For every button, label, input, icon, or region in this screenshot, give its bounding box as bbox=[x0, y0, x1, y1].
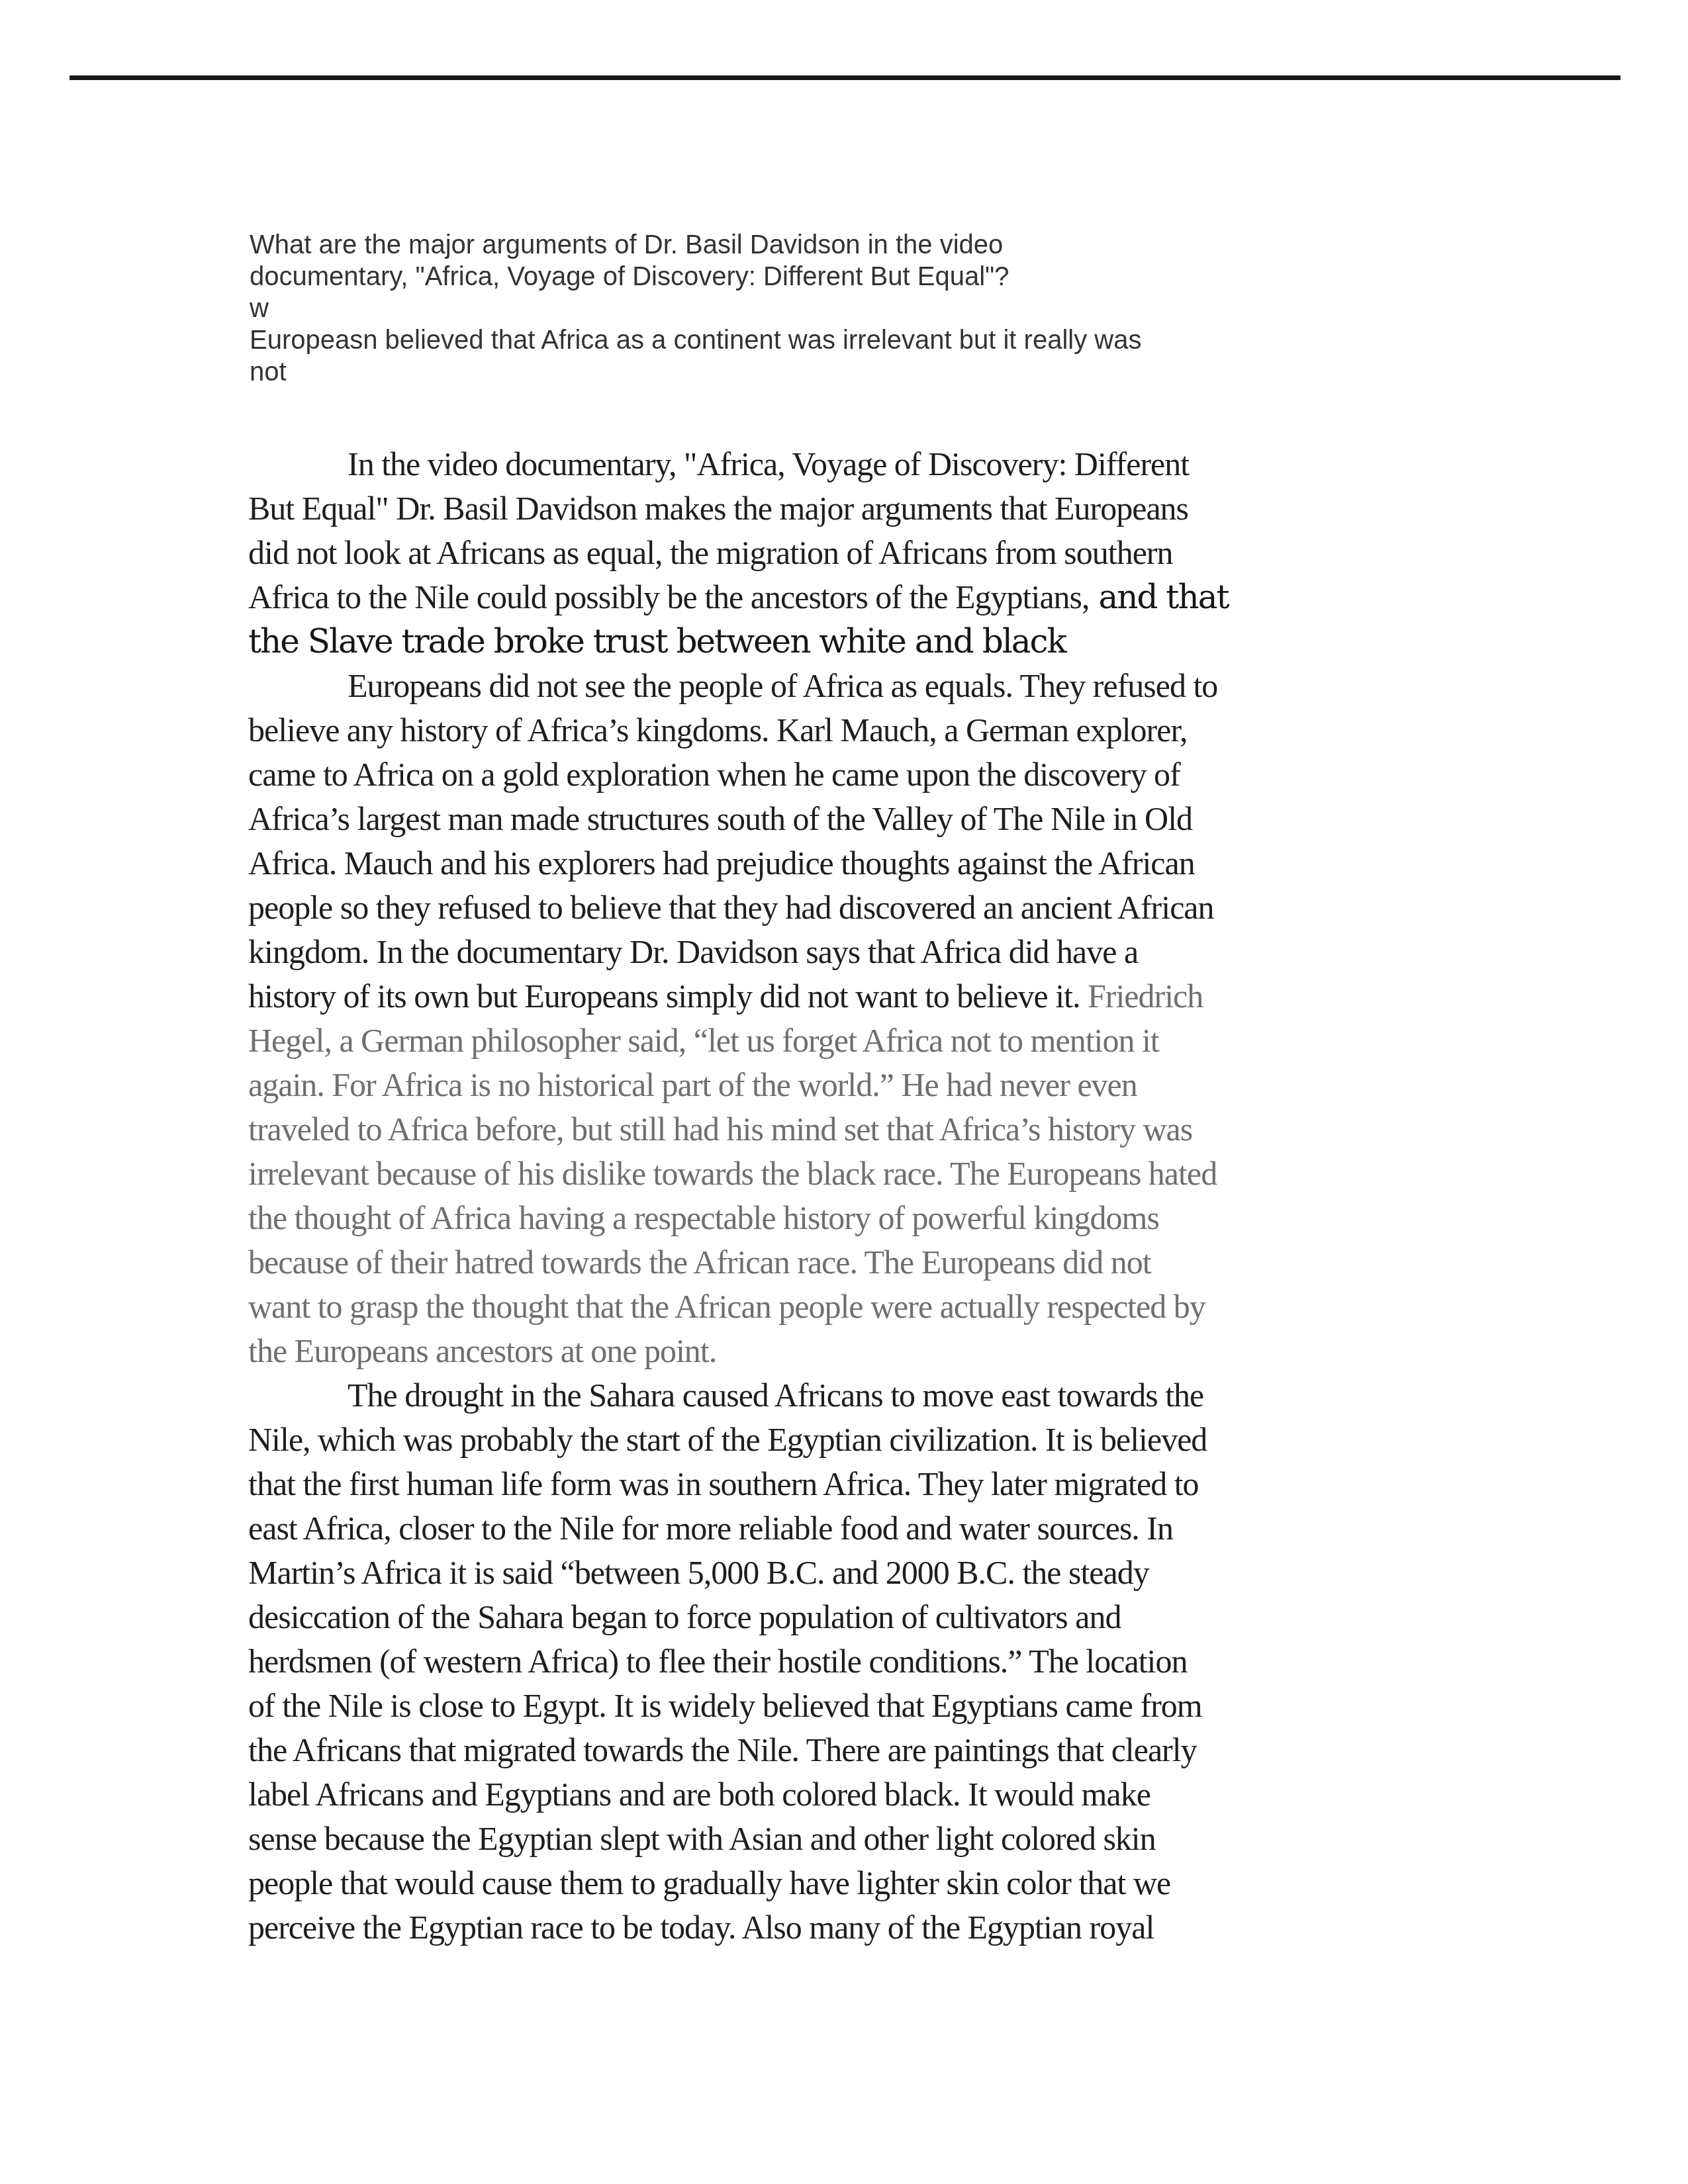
paragraph-intro: In the video documentary, "Africa, Voyag… bbox=[248, 442, 1450, 664]
essay-body: In the video documentary, "Africa, Voyag… bbox=[248, 442, 1450, 1950]
paragraph-hegel-gray: Friedrich Hegel, a German philosopher sa… bbox=[248, 978, 1217, 1369]
paragraph-europeans-main: Europeans did not see the people of Afri… bbox=[248, 667, 1217, 1015]
paragraph-intro-main: In the video documentary, "Africa, Voyag… bbox=[248, 445, 1189, 615]
document-page: What are the major arguments of Dr. Basi… bbox=[0, 0, 1688, 2184]
paragraph-drought: The drought in the Sahara caused African… bbox=[248, 1373, 1450, 1950]
paragraph-europeans: Europeans did not see the people of Afri… bbox=[248, 664, 1450, 1373]
horizontal-divider bbox=[70, 75, 1620, 80]
question-header: What are the major arguments of Dr. Basi… bbox=[250, 229, 1507, 388]
